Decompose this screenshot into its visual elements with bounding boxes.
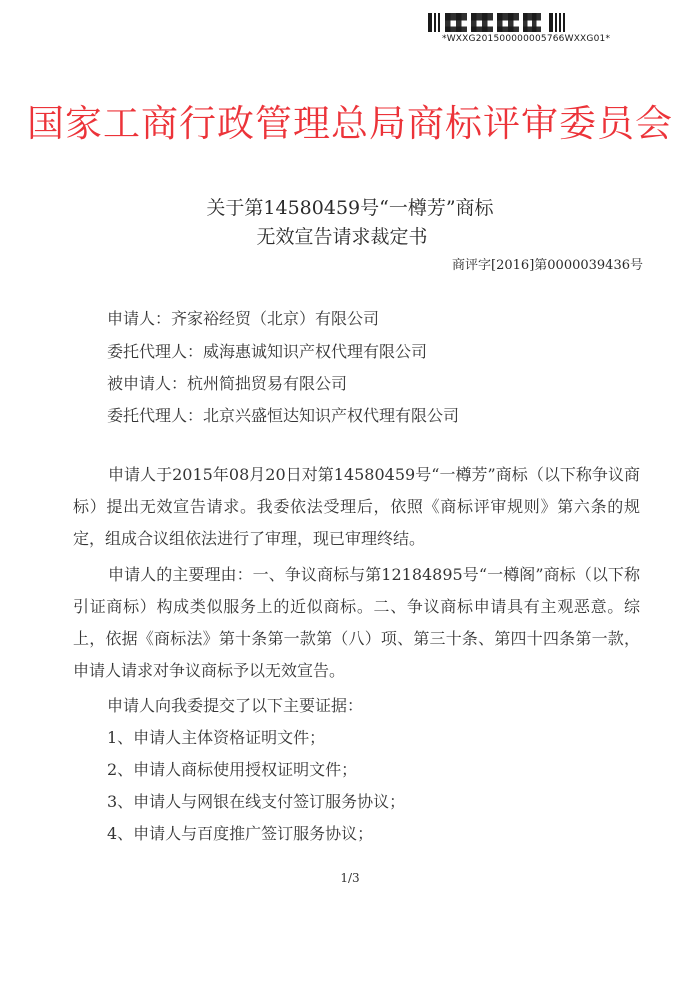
paragraph-reasons: 申请人的主要理由：一、争议商标与第12184895号“一樽阁”商标（以下称引证商… xyxy=(73,559,640,687)
party-label: 申请人： xyxy=(107,309,171,328)
document-number: 商评字[2016]第0000039436号 xyxy=(452,254,643,273)
party-applicant: 申请人：齐家裕经贸（北京）有限公司 xyxy=(107,306,379,329)
barcode-text: *WXXG201500000005766WXXG01* xyxy=(442,34,618,44)
evidence-item: 3、申请人与网银在线支付签订服务协议； xyxy=(107,789,405,812)
evidence-item: 4、申请人与百度推广签订服务协议； xyxy=(107,821,373,844)
party-respondent-agent: 委托代理人：北京兴盛恒达知识产权代理有限公司 xyxy=(107,403,459,426)
evidence-item: 2、申请人商标使用授权证明文件； xyxy=(107,757,357,780)
party-value: 杭州简拙贸易有限公司 xyxy=(187,374,347,393)
party-respondent: 被申请人：杭州简拙贸易有限公司 xyxy=(107,371,347,394)
barcode-graphic xyxy=(428,13,618,32)
party-applicant-agent: 委托代理人：威海惠诚知识产权代理有限公司 xyxy=(107,339,427,362)
party-label: 委托代理人： xyxy=(107,406,203,425)
paragraph-request: 申请人于2015年08月20日对第14580459号“一樽芳”商标（以下称争议商… xyxy=(73,459,640,555)
evidence-intro: 申请人向我委提交了以下主要证据： xyxy=(107,693,363,716)
party-label: 委托代理人： xyxy=(107,342,203,361)
evidence-item: 1、申请人主体资格证明文件； xyxy=(107,725,325,748)
page-number: 1/3 xyxy=(0,871,700,885)
party-value: 齐家裕经贸（北京）有限公司 xyxy=(171,309,379,328)
document-title-line1: 关于第14580459号“一樽芳”商标 xyxy=(0,193,700,220)
party-value: 威海惠诚知识产权代理有限公司 xyxy=(203,342,427,361)
document-title-line2: 无效宣告请求裁定书 xyxy=(0,222,692,249)
organization-title: 国家工商行政管理总局商标评审委员会 xyxy=(0,93,700,147)
party-value: 北京兴盛恒达知识产权代理有限公司 xyxy=(203,406,459,425)
party-label: 被申请人： xyxy=(107,374,187,393)
document-barcode: *WXXG201500000005766WXXG01* xyxy=(428,13,618,44)
